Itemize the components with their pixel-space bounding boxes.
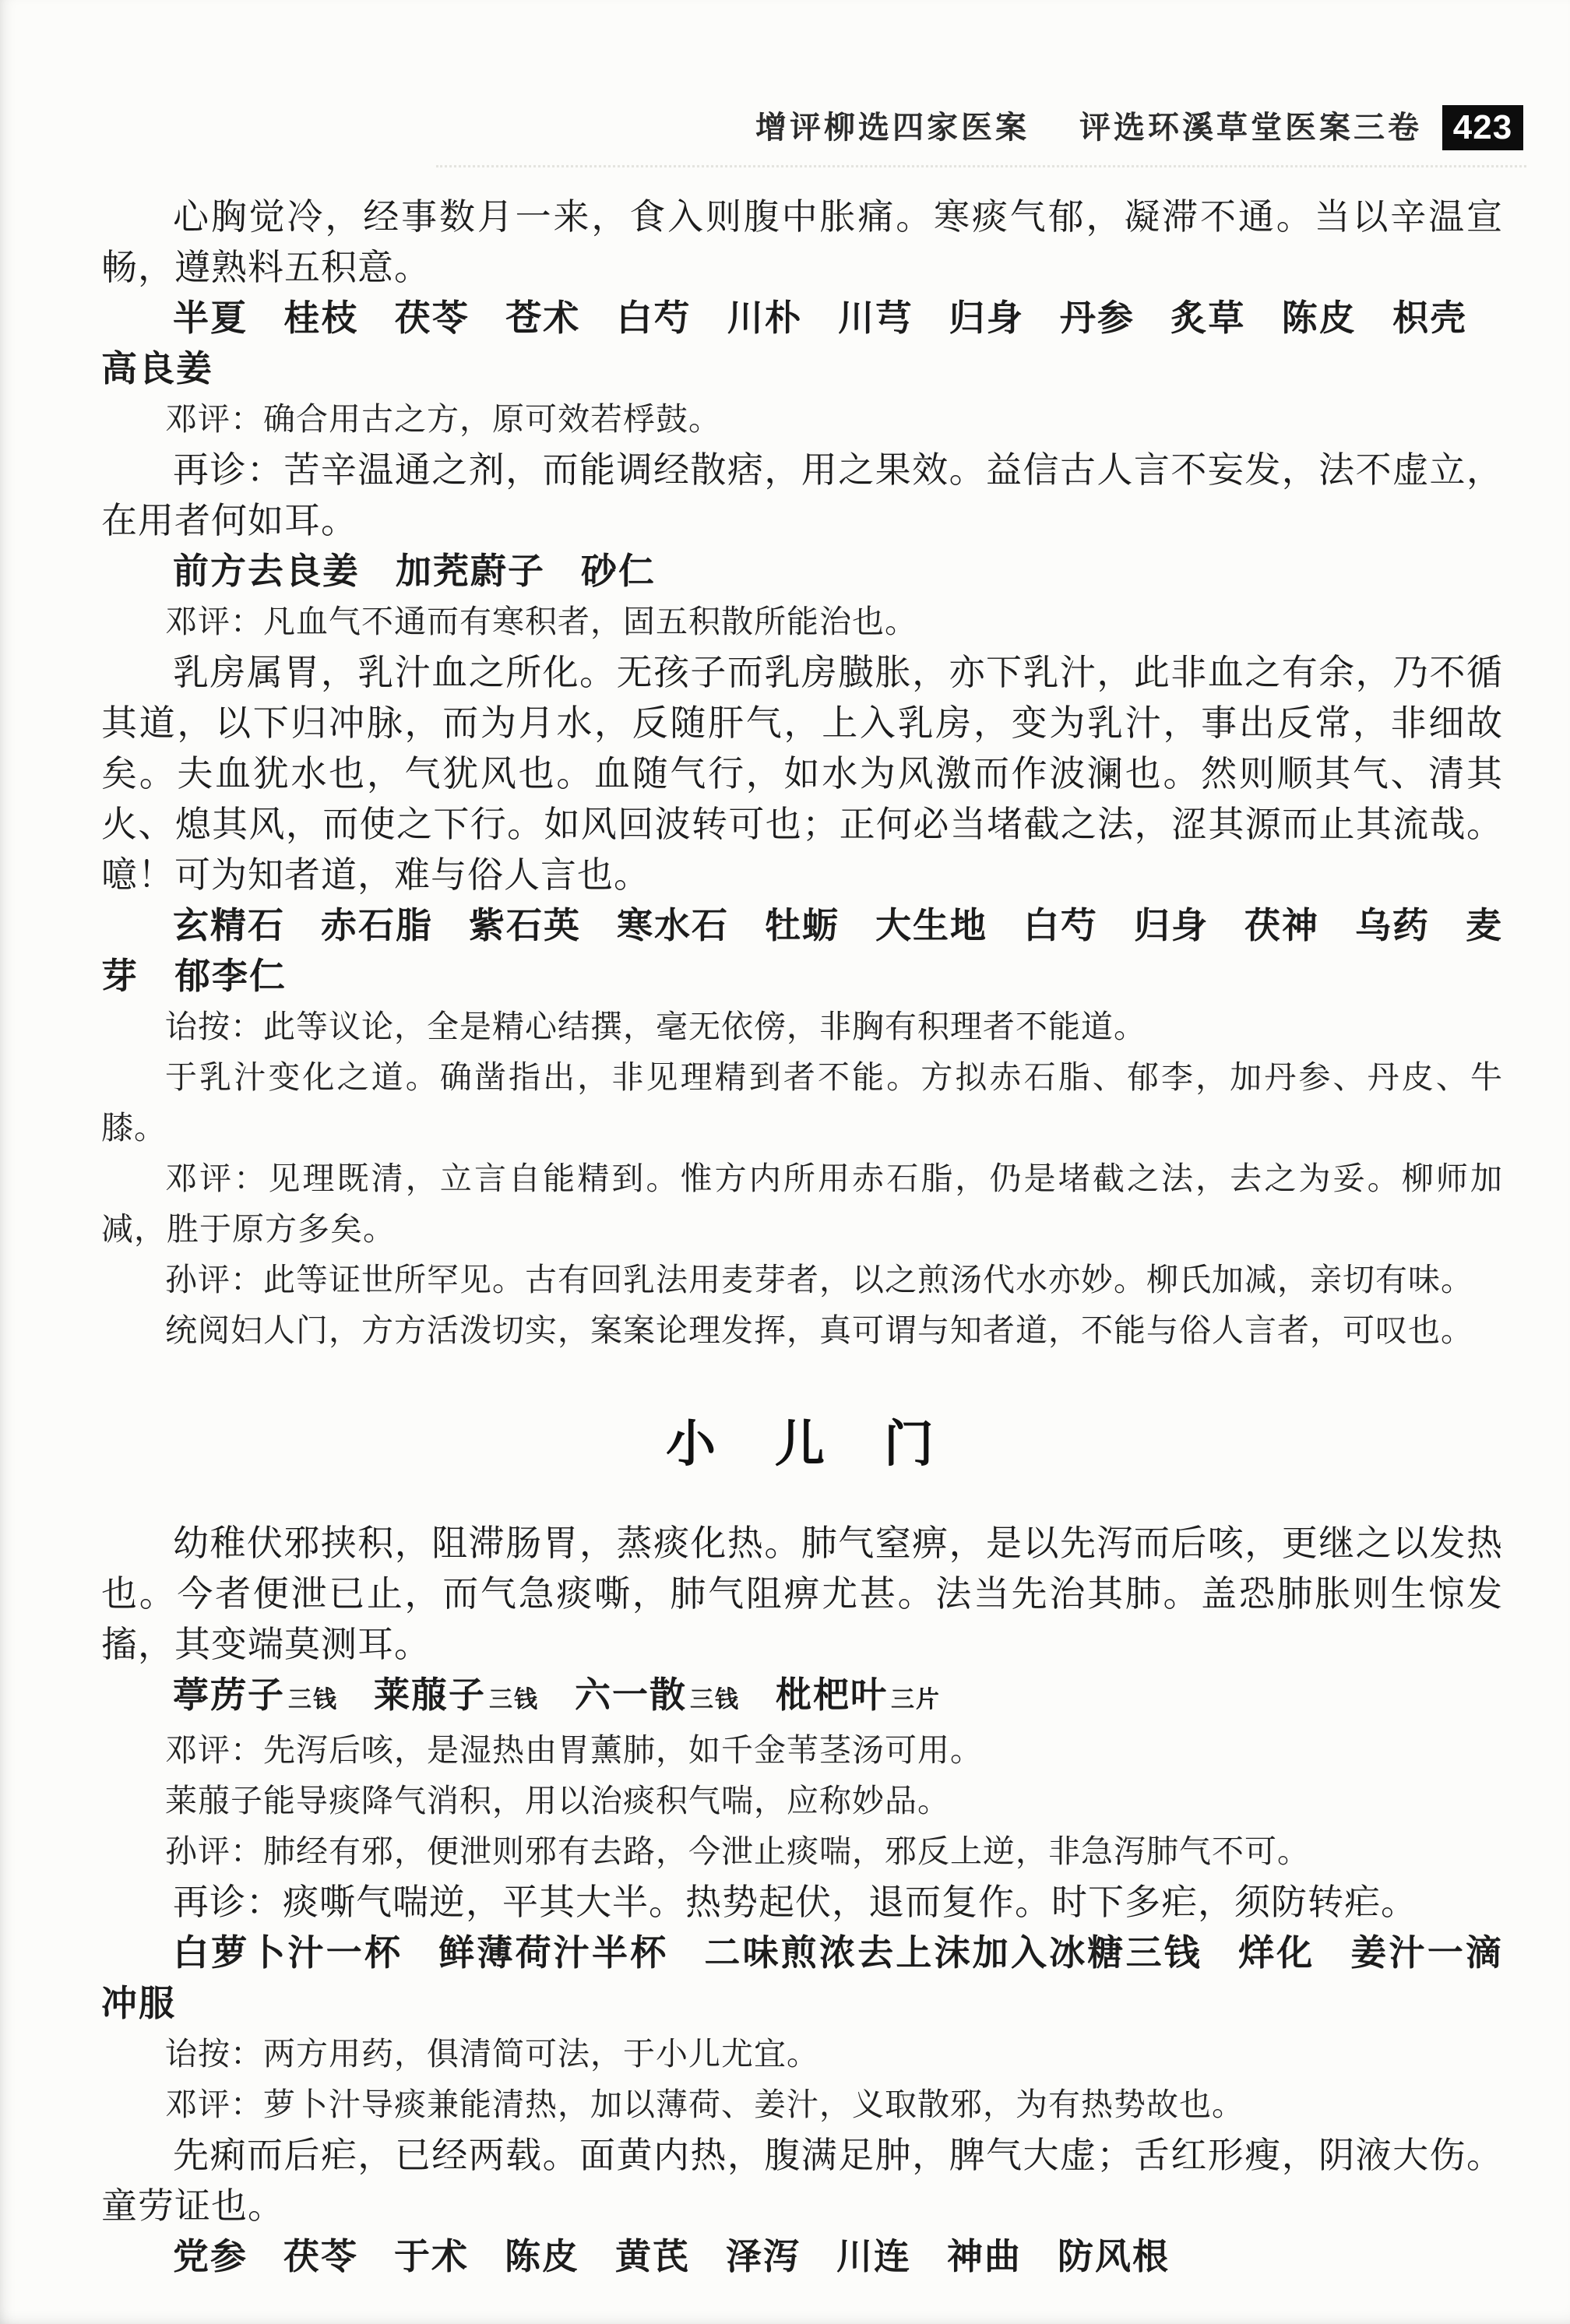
herb-name: 白萝卜汁一杯 [173, 1933, 403, 1973]
herb-name: 归身 [1134, 906, 1209, 945]
herb-dose: 三钱 [288, 1687, 338, 1713]
herb-name: 归身 [949, 298, 1024, 338]
prescription-line: 白萝卜汁一杯鲜薄荷汁半杯二味煎浓去上沫加入冰糖三钱烊化姜汁一滴冲服 [101, 1928, 1503, 2029]
herb-dose: 三片 [891, 1687, 941, 1713]
comment-paragraph: 莱菔子能导痰降气消积，用以治痰积气喘，应称妙品。 [101, 1776, 1503, 1826]
herb-name: 炙草 [1170, 298, 1245, 338]
comment-paragraph: 诒按：两方用药，俱清简可法，于小儿尤宜。 [101, 2029, 1503, 2079]
herb-name: 茯苓 [395, 298, 470, 338]
herb-name: 枇杷叶 [776, 1675, 888, 1715]
herb-name: 丹参 [1060, 298, 1135, 338]
herb-name: 白芍 [1023, 906, 1098, 945]
case-paragraph: 再诊：苦辛温通之剂，而能调经散痞，用之果效。益信古人言不妄发，法不虚立，在用者何… [101, 445, 1503, 546]
herb-name: 川芎 [838, 298, 913, 338]
herb-dose: 三钱 [690, 1687, 740, 1713]
herb-name: 六一散 [575, 1675, 687, 1715]
herb-name: 寒水石 [617, 906, 729, 945]
herb-name: 紫石英 [469, 906, 581, 945]
herb-name: 党参 [173, 2237, 248, 2276]
volume-title: 评选环溪草堂医案三卷 [1079, 110, 1422, 145]
page-content: 心胸觉冷，经事数月一来，食入则腹中胀痛。寒痰气郁，凝滞不通。当以辛温宣畅，遵熟料… [101, 192, 1503, 2282]
comment-paragraph: 孙评：肺经有邪，便泄则邪有去路，今泄止痰喘，邪反上逆，非急泻肺气不可。 [101, 1826, 1503, 1877]
prescription-line: 玄精石赤石脂紫石英寒水石牡蛎大生地白芍归身茯神乌药麦芽郁李仁 [101, 900, 1503, 1002]
case-paragraph: 乳房属胃，乳汁血之所化。无孩子而乳房臌胀，亦下乳汁，此非血之有余，乃不循其道，以… [101, 647, 1503, 900]
herb-name: 黄芪 [615, 2237, 690, 2276]
herb-name: 茯神 [1244, 906, 1319, 945]
herb-name: 枳壳 [1392, 298, 1467, 338]
herb-name: 半夏 [173, 298, 248, 338]
comment-paragraph: 邓评：见理既清，立言自能精到。惟方内所用赤石脂，仍是堵截之法，去之为妥。柳师加减… [101, 1153, 1503, 1255]
herb-dose: 三钱 [489, 1687, 539, 1713]
comment-paragraph: 诒按：此等议论，全是精心结撰，毫无依傍，非胸有积理者不能道。 [101, 1002, 1503, 1052]
herb-name: 苍术 [505, 298, 580, 338]
header-titles: 增评柳选四家医案评选环溪草堂医案三卷 [755, 103, 1422, 152]
comment-paragraph: 于乳汁变化之道。确凿指出，非见理精到者不能。方拟赤石脂、郁李，加丹参、丹皮、牛膝… [101, 1052, 1503, 1153]
herb-name: 前方去良姜 [173, 551, 360, 591]
herb-name: 高良姜 [101, 349, 213, 389]
herb-name: 赤石脂 [321, 906, 433, 945]
book-title: 增评柳选四家医案 [755, 110, 1030, 145]
herb-name: 鲜薄荷汁半杯 [438, 1933, 668, 1973]
comment-paragraph: 孙评：此等证世所罕见。古有回乳法用麦芽者，以之煎汤代水亦妙。柳氏加减，亲切有味。 [101, 1255, 1503, 1305]
herb-name: 陈皮 [505, 2237, 579, 2276]
herb-name: 乌药 [1355, 906, 1430, 945]
case-paragraph: 心胸觉冷，经事数月一来，食入则腹中胀痛。寒痰气郁，凝滞不通。当以辛温宣畅，遵熟料… [101, 192, 1503, 293]
herb-name: 加茺蔚子 [396, 551, 545, 591]
case-paragraph: 幼稚伏邪挟积，阻滞肠胃，蒸痰化热。肺气窒痹，是以先泻而后咳，更继之以发热也。今者… [101, 1518, 1503, 1670]
prescription-line: 党参茯苓于术陈皮黄芪泽泻川连神曲防风根 [101, 2231, 1503, 2282]
scanned-book-page: 增评柳选四家医案评选环溪草堂医案三卷 423 心胸觉冷，经事数月一来，食入则腹中… [0, 0, 1570, 2324]
herb-name: 郁李仁 [174, 956, 287, 996]
page-number-badge: 423 [1442, 105, 1523, 150]
herb-name: 川连 [836, 2237, 911, 2276]
herb-name: 葶苈子 [173, 1675, 285, 1715]
comment-paragraph: 邓评：确合用古之方，原可效若桴鼓。 [101, 394, 1503, 445]
running-header: 增评柳选四家医案评选环溪草堂医案三卷 423 [0, 103, 1523, 152]
comment-paragraph: 统阅妇人门，方方活泼切实，案案论理发挥，真可谓与知者道，不能与俗人言者，可叹也。 [101, 1305, 1503, 1356]
herb-name: 川朴 [727, 298, 802, 338]
herb-name: 神曲 [947, 2237, 1022, 2276]
herb-name: 大生地 [875, 906, 987, 945]
prescription-line: 葶苈子三钱莱菔子三钱六一散三钱枇杷叶三片 [101, 1670, 1503, 1725]
herb-name: 烊化 [1238, 1933, 1315, 1973]
prescription-line: 前方去良姜加茺蔚子砂仁 [101, 546, 1503, 597]
herb-name: 白芍 [616, 298, 691, 338]
herb-name: 于术 [394, 2237, 469, 2276]
comment-paragraph: 邓评：先泻后咳，是湿热由胃薰肺，如千金苇茎汤可用。 [101, 1725, 1503, 1776]
comment-paragraph: 邓评：萝卜汁导痰兼能清热，加以薄荷、姜汁，义取散邪，为有热势故也。 [101, 2079, 1503, 2130]
herb-name: 茯苓 [283, 2237, 358, 2276]
case-paragraph: 先痢而后疟，已经两载。面黄内热，腹满足肿，脾气大虚；舌红形瘦，阴液大伤。童劳证也… [101, 2130, 1503, 2231]
case-paragraph: 再诊：痰嘶气喘逆，平其大半。热势起伏，退而复作。时下多疟，须防转疟。 [101, 1877, 1503, 1928]
herb-name: 泽泻 [726, 2237, 801, 2276]
herb-name: 陈皮 [1282, 298, 1357, 338]
section-title: 小 儿 门 [101, 1412, 1503, 1477]
herb-name: 莱菔子 [374, 1675, 486, 1715]
comment-paragraph: 邓评：凡血气不通而有寒积者，固五积散所能治也。 [101, 597, 1503, 647]
herb-name: 防风根 [1058, 2237, 1170, 2276]
header-rule [436, 165, 1526, 167]
herb-name: 玄精石 [173, 906, 285, 945]
herb-name: 桂枝 [283, 298, 358, 338]
herb-name: 二味煎浓去上沫加入冰糖三钱 [704, 1933, 1202, 1973]
herb-name: 砂仁 [581, 551, 656, 591]
herb-name: 牡蛎 [765, 906, 840, 945]
prescription-line: 半夏桂枝茯苓苍术白芍川朴川芎归身丹参炙草陈皮枳壳高良姜 [101, 293, 1503, 394]
